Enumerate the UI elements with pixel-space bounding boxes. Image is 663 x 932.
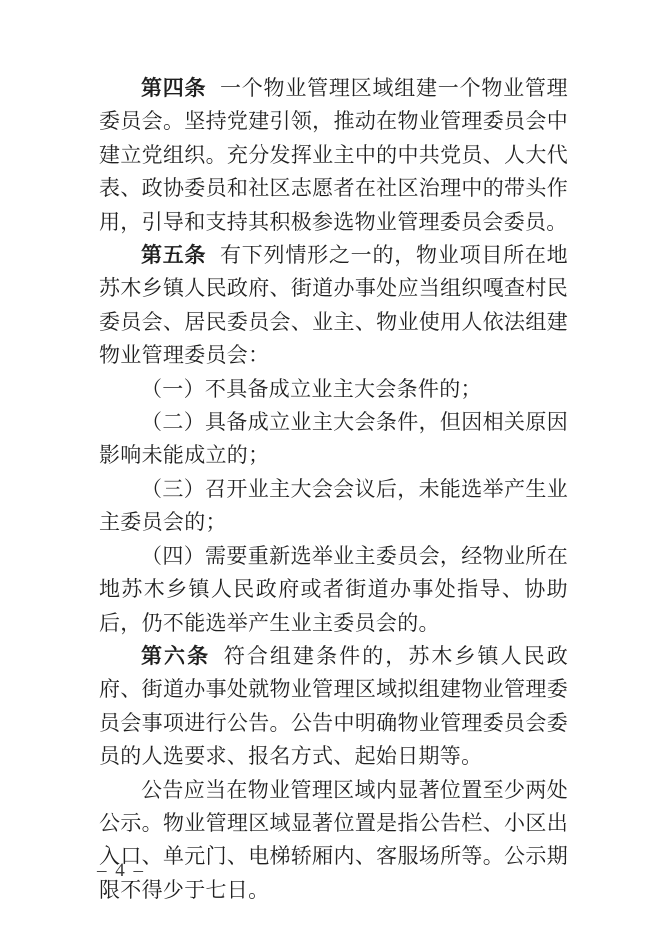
paragraph-text: （三）召开业主大会会议后，未能选举产生业主委员会的；: [99, 477, 568, 534]
paragraph-text: （四）需要重新选举业主委员会，经物业所在地苏木乡镇人民政府或者街道办事处指导、协…: [99, 544, 568, 635]
clause-number: 第五条: [141, 243, 206, 267]
clause-number: 第四条: [141, 76, 206, 100]
document-page: 第四条一个物业管理区域组建一个物业管理委员会。坚持党建引领，推动在物业管理委员会…: [0, 0, 663, 932]
paragraph-article-4: 第四条一个物业管理区域组建一个物业管理委员会。坚持党建引领，推动在物业管理委员会…: [99, 72, 568, 239]
paragraph-text: 公告应当在物业管理区域内显著位置至少两处公示。物业管理区域显著位置是指公告栏、小…: [99, 778, 568, 902]
list-item-2: （二）具备成立业主大会条件，但因相关原因影响未能成立的；: [99, 406, 568, 473]
document-body: 第四条一个物业管理区域组建一个物业管理委员会。坚持党建引领，推动在物业管理委员会…: [99, 72, 568, 907]
list-item-4: （四）需要重新选举业主委员会，经物业所在地苏木乡镇人民政府或者街道办事处指导、协…: [99, 540, 568, 640]
clause-number: 第六条: [141, 644, 210, 668]
paragraph-notice: 公告应当在物业管理区域内显著位置至少两处公示。物业管理区域显著位置是指公告栏、小…: [99, 774, 568, 908]
list-item-3: （三）召开业主大会会议后，未能选举产生业主委员会的；: [99, 473, 568, 540]
paragraph-text: （二）具备成立业主大会条件，但因相关原因影响未能成立的；: [99, 410, 568, 467]
paragraph-text: （一）不具备成立业主大会条件的；: [141, 377, 482, 401]
paragraph-article-6: 第六条符合组建条件的，苏木乡镇人民政府、街道办事处就物业管理区域拟组建物业管理委…: [99, 640, 568, 774]
paragraph-article-5: 第五条有下列情形之一的，物业项目所在地苏木乡镇人民政府、街道办事处应当组织嘎查村…: [99, 239, 568, 373]
page-number: – 4 –: [97, 860, 145, 882]
list-item-1: （一）不具备成立业主大会条件的；: [99, 373, 568, 406]
